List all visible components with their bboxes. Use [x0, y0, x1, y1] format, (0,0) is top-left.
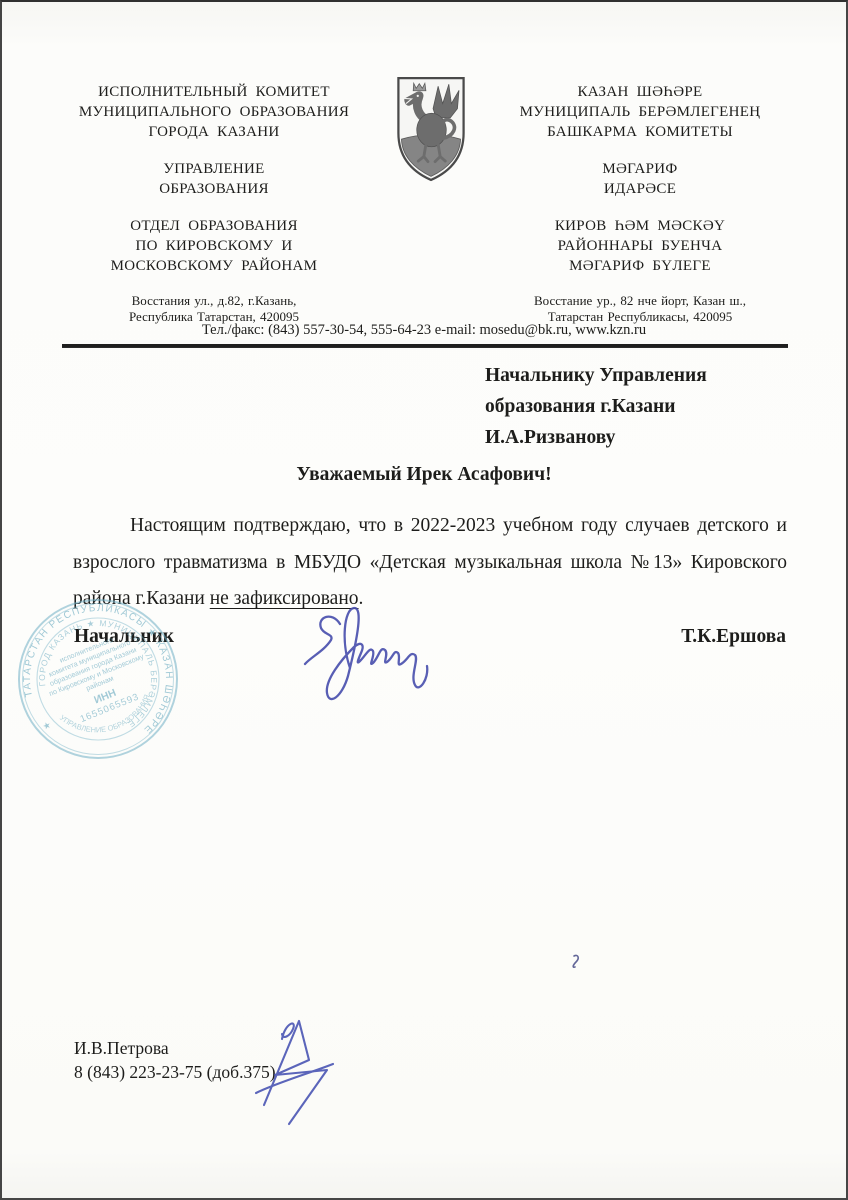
kazan-coat-of-arms-icon — [392, 74, 470, 184]
recipient-block: Начальнику Управления образования г.Каза… — [485, 360, 707, 453]
salutation: Уважаемый Ирек Асафович! — [0, 464, 848, 486]
division-name-tt: МӘГАРИФ ИДАРӘСЕ — [470, 159, 810, 199]
org-line: КАЗАН ШӘҺӘРЕ — [470, 82, 810, 102]
org-line: МУНИЦИПАЛЬНОГО ОБРАЗОВАНИЯ — [44, 102, 384, 122]
org-line: ГОРОДА КАЗАНИ — [44, 122, 384, 142]
org-name-tt: КАЗАН ШӘҺӘРЕ МУНИЦИПАЛЬ БЕРӘМЛЕГЕНЕҢ БАШ… — [470, 82, 810, 142]
official-stamp: ТАТАРСТАН РЕСПУБЛИКАСЫ ★ КАЗАН ШӘҺӘРЕ ГО… — [8, 594, 188, 766]
recipient-line: И.А.Ризванову — [485, 422, 707, 453]
executor-name: И.В.Петрова — [74, 1036, 276, 1060]
address-line: Восстания ул., д.82, г.Казань, — [44, 293, 384, 309]
signer-name: Т.К.Ершова — [681, 626, 786, 648]
recipient-line: образования г.Казани — [485, 391, 707, 422]
letterhead-divider — [62, 344, 788, 348]
org-line: ИСПОЛНИТЕЛЬНЫЙ КОМИТЕТ — [44, 82, 384, 102]
department-line: ОТДЕЛ ОБРАЗОВАНИЯ — [44, 216, 384, 236]
department-name-tt: КИРОВ ҺӘМ МӘСКӘҮ РАЙОННАРЫ БУЕНЧА МӘГАРИ… — [470, 216, 810, 276]
address-line: Восстание ур., 82 нче йорт, Казан ш., — [470, 293, 810, 309]
director-signature — [298, 600, 443, 715]
org-name-ru: ИСПОЛНИТЕЛЬНЫЙ КОМИТЕТ МУНИЦИПАЛЬНОГО ОБ… — [44, 82, 384, 142]
scanned-letter-page: { "letterhead": { "left": { "org": ["ИСП… — [0, 0, 848, 1200]
address-ru: Восстания ул., д.82, г.Казань, Республик… — [44, 293, 384, 325]
letterhead-russian: ИСПОЛНИТЕЛЬНЫЙ КОМИТЕТ МУНИЦИПАЛЬНОГО ОБ… — [44, 82, 384, 325]
letterhead-tatar: КАЗАН ШӘҺӘРЕ МУНИЦИПАЛЬ БЕРӘМЛЕГЕНЕҢ БАШ… — [470, 82, 810, 325]
department-line: РАЙОННАРЫ БУЕНЧА — [470, 236, 810, 256]
org-line: МУНИЦИПАЛЬ БЕРӘМЛЕГЕНЕҢ — [470, 102, 810, 122]
department-line: ПО КИРОВСКОМУ И — [44, 236, 384, 256]
division-name-ru: УПРАВЛЕНИЕ ОБРАЗОВАНИЯ — [44, 159, 384, 199]
contact-line: Тел./факс: (843) 557-30-54, 555-64-23 e-… — [0, 322, 848, 339]
executor-block: И.В.Петрова 8 (843) 223-23-75 (доб.375) — [74, 1036, 276, 1084]
division-line: УПРАВЛЕНИЕ — [44, 159, 384, 179]
department-line: КИРОВ ҺӘМ МӘСКӘҮ — [470, 216, 810, 236]
division-line: МӘГАРИФ — [470, 159, 810, 179]
executor-signature — [252, 1012, 358, 1128]
division-line: ИДАРӘСЕ — [470, 179, 810, 199]
address-tt: Восстание ур., 82 нче йорт, Казан ш., Та… — [470, 293, 810, 325]
executor-phone: 8 (843) 223-23-75 (доб.375) — [74, 1060, 276, 1084]
department-name-ru: ОТДЕЛ ОБРАЗОВАНИЯ ПО КИРОВСКОМУ И МОСКОВ… — [44, 216, 384, 276]
department-line: МӘГАРИФ БҮЛЕГЕ — [470, 256, 810, 276]
department-line: МОСКОВСКОМУ РАЙОНАМ — [44, 256, 384, 276]
org-line: БАШКАРМА КОМИТЕТЫ — [470, 122, 810, 142]
ink-speck — [569, 953, 583, 971]
division-line: ОБРАЗОВАНИЯ — [44, 179, 384, 199]
recipient-line: Начальнику Управления — [485, 360, 707, 391]
